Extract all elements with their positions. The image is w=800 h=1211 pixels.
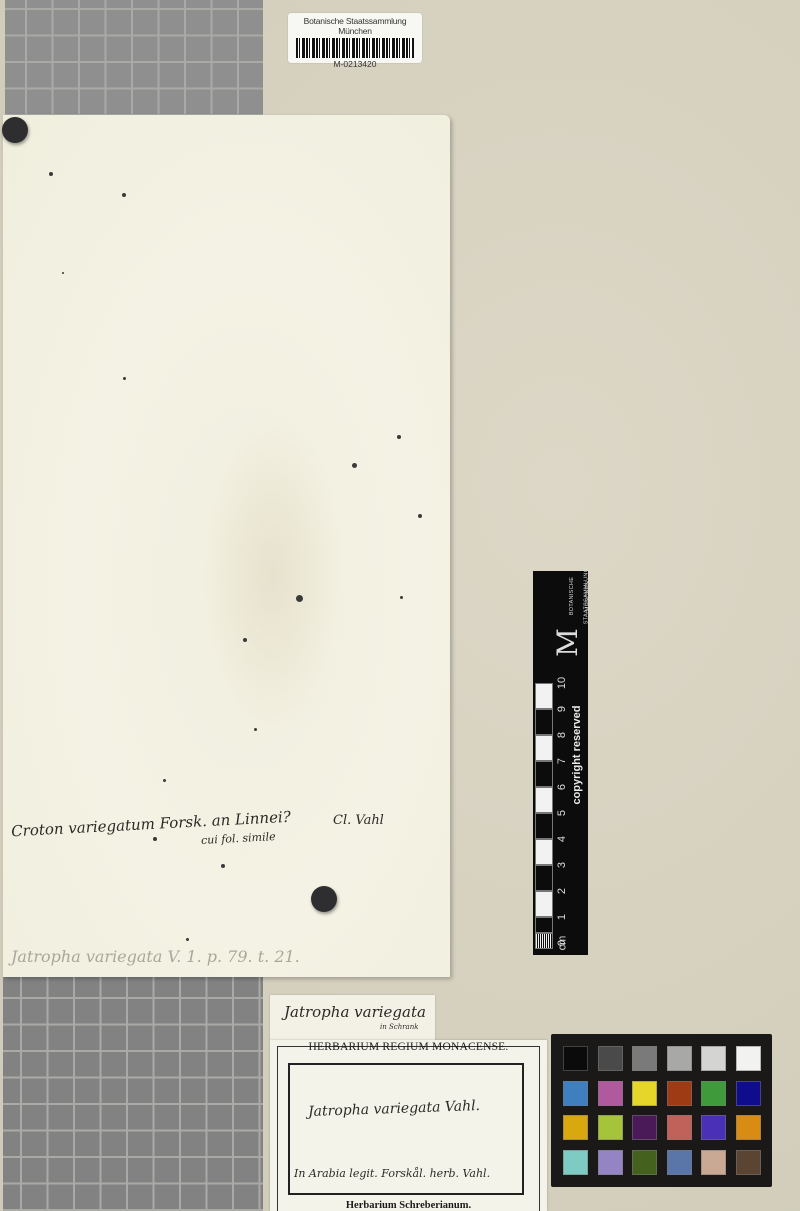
color-patch: [563, 1115, 588, 1140]
color-patch: [667, 1081, 692, 1106]
spot: [122, 193, 126, 197]
scale-tick: 5: [556, 806, 568, 820]
handwritten-note-bottom: Jatropha variegata V. 1. p. 79. t. 21.: [11, 947, 300, 966]
logo-icon: M: [551, 628, 584, 657]
scale-tick: 6: [556, 780, 568, 794]
spot: [163, 779, 166, 782]
scale-unit: cm: [556, 936, 568, 951]
magnet-bottom: [311, 886, 337, 912]
spot: [400, 596, 403, 599]
herbarium-sheet: Botanische Staatssammlung München M-0213…: [0, 0, 800, 1211]
spot: [221, 864, 225, 868]
scale-tick: 3: [556, 858, 568, 872]
color-patch: [598, 1046, 623, 1071]
label-inner-frame: Jatropha variegata Vahl. In Arabia legit…: [288, 1063, 524, 1195]
scale-tick: 9: [556, 702, 568, 716]
scale-tick: 4: [556, 832, 568, 846]
scale-tick: 7: [556, 754, 568, 768]
label-taxon: Jatropha variegata Vahl.: [308, 1098, 481, 1120]
spot: [243, 638, 247, 642]
scale-tick: 8: [556, 728, 568, 742]
spot: [153, 837, 157, 841]
handwritten-note-sub: cui fol. simile: [201, 830, 276, 847]
spot: [123, 377, 126, 380]
color-patch: [632, 1150, 657, 1175]
color-patch: [736, 1081, 761, 1106]
determination-note: in Schrank: [380, 1023, 418, 1031]
grid-reference-card-bottom: [3, 972, 263, 1211]
color-patch: [632, 1115, 657, 1140]
herbarium-label: HERBARIUM REGIUM MONACENSE. Jatropha var…: [270, 1040, 547, 1211]
scale-tick: 1: [556, 910, 568, 924]
color-patch: [701, 1150, 726, 1175]
color-patch: [736, 1115, 761, 1140]
label-header: HERBARIUM REGIUM MONACENSE.: [270, 1041, 547, 1053]
color-patch: [667, 1115, 692, 1140]
barcode-institution: Botanische Staatssammlung München: [288, 16, 422, 36]
spot: [254, 728, 257, 731]
specimen-folder: Croton variegatum Forsk. an Linnei? cui …: [3, 115, 450, 977]
scale-numbers: 0 1 2 3 4 5 6 7 8 9 10: [555, 679, 569, 949]
label-footer: Herbarium Schreberianum.: [270, 1200, 547, 1211]
magnet-top-left: [2, 117, 28, 143]
color-patch: [563, 1150, 588, 1175]
color-patch: [667, 1150, 692, 1175]
spot: [352, 463, 357, 468]
color-patch: [598, 1150, 623, 1175]
copyright-text: copyright reserved: [571, 685, 583, 825]
scale-tick: 2: [556, 884, 568, 898]
color-patch: [598, 1081, 623, 1106]
copyright-notice: copyright reserved: [569, 679, 585, 839]
spot: [49, 172, 53, 176]
scale-bar: BOTANISCHE STAATSSAMMLUNG MÜNCHEN M 0 1 …: [533, 571, 588, 955]
scale-tick: 10: [556, 676, 568, 690]
spot: [186, 938, 189, 941]
barcode-icon: [296, 38, 414, 58]
spot: [62, 272, 64, 274]
spot: [397, 435, 401, 439]
grid-reference-card-top: [5, 0, 263, 125]
barcode-label: Botanische Staatssammlung München M-0213…: [288, 13, 422, 63]
color-calibration-chart: [551, 1034, 772, 1187]
scale-institution-line: MÜNCHEN: [585, 581, 591, 611]
scale-institution: BOTANISCHE STAATSSAMMLUNG MÜNCHEN: [561, 571, 587, 631]
color-patch: [632, 1081, 657, 1106]
color-patch: [701, 1081, 726, 1106]
paper-crease: [203, 415, 343, 735]
scale-institution-line: BOTANISCHE: [569, 577, 575, 615]
color-patch: [701, 1115, 726, 1140]
color-patch: [701, 1046, 726, 1071]
label-locality: In Arabia legit. Forskål. herb. Vahl.: [294, 1167, 490, 1180]
spot: [418, 514, 422, 518]
color-patch: [563, 1081, 588, 1106]
color-patch: [667, 1046, 692, 1071]
scale-ruler: [535, 683, 553, 949]
spot: [296, 595, 303, 602]
color-patch: [736, 1150, 761, 1175]
specimen-id: M-0213420: [288, 59, 422, 69]
color-patch: [563, 1046, 588, 1071]
determination-slip: Jatropha variegata in Schrank: [270, 995, 435, 1040]
determination-name: Jatropha variegata: [284, 1003, 426, 1021]
color-patch: [632, 1046, 657, 1071]
color-patch: [598, 1115, 623, 1140]
color-patch: [736, 1046, 761, 1071]
handwritten-attribution: Cl. Vahl: [333, 813, 384, 828]
